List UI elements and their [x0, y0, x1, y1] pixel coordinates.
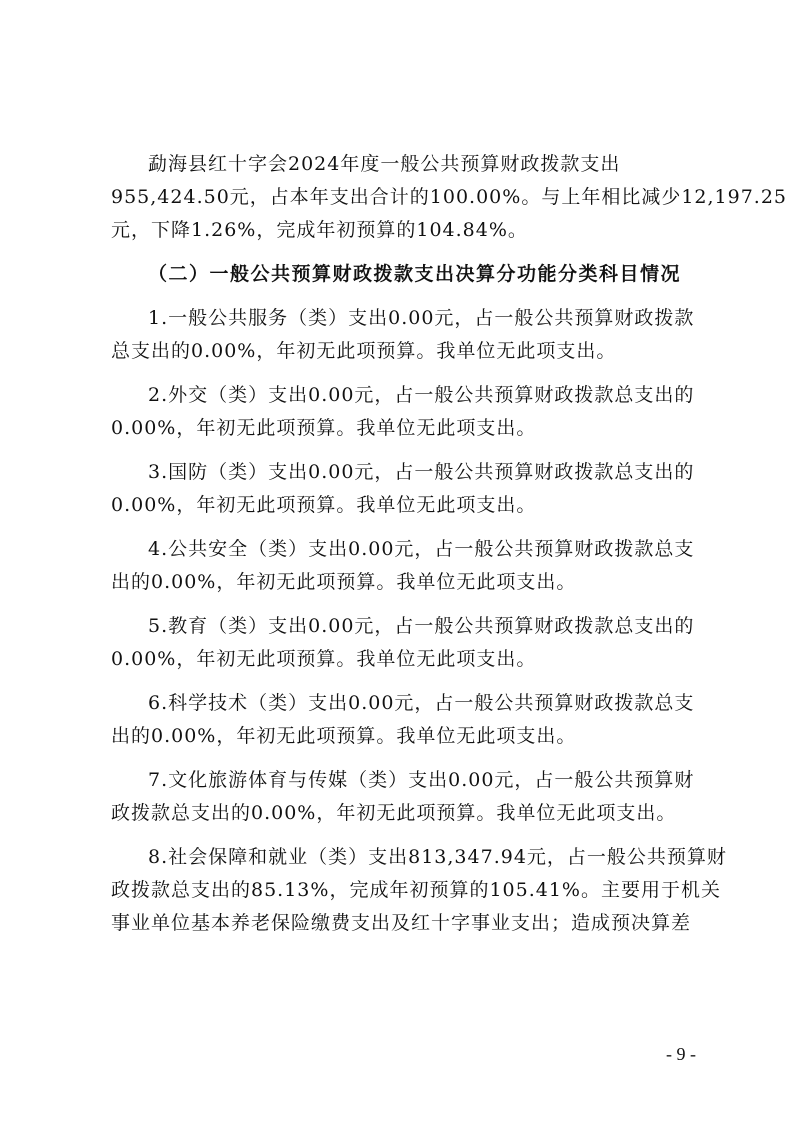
paragraph-line: 0.00%，年初无此项预算。我单位无此项支出。 [111, 647, 536, 671]
paragraph-line: 1.一般公共服务（类）支出0.00元，占一般公共预算财政拨款 [148, 306, 694, 330]
paragraph-line: 5.教育（类）支出0.00元，占一般公共预算财政拨款总支出的 [148, 614, 694, 638]
paragraph-line: 0.00%，年初无此项预算。我单位无此项支出。 [111, 493, 536, 517]
paragraph-line: 2.外交（类）支出0.00元，占一般公共预算财政拨款总支出的 [148, 383, 694, 407]
section-heading: （二）一般公共预算财政拨款支出决算分功能分类科目情况 [148, 262, 681, 286]
paragraph-line: 955,424.50元，占本年支出合计的100.00%。与上年相比减少12,19… [111, 185, 787, 209]
paragraph-line: 0.00%，年初无此项预算。我单位无此项支出。 [111, 416, 536, 440]
paragraph-line: 6.科学技术（类）支出0.00元，占一般公共预算财政拨款总支 [148, 691, 694, 715]
paragraph-line: 8.社会保障和就业（类）支出813,347.94元，占一般公共预算财 [148, 845, 727, 869]
paragraph-line: 出的0.00%，年初无此项预算。我单位无此项支出。 [111, 724, 576, 748]
paragraph-line: 元，下降1.26%，完成年初预算的104.84%。 [111, 218, 528, 242]
paragraph-line: 政拨款总支出的85.13%，完成年初预算的105.41%。主要用于机关 [111, 878, 721, 902]
paragraph-line: 政拨款总支出的0.00%，年初无此项预算。我单位无此项支出。 [111, 801, 676, 825]
paragraph-line: 3.国防（类）支出0.00元，占一般公共预算财政拨款总支出的 [148, 460, 694, 484]
paragraph-line: 勐海县红十字会2024年度一般公共预算财政拨款支出 [148, 152, 620, 176]
paragraph-line: 4.公共安全（类）支出0.00元，占一般公共预算财政拨款总支 [148, 537, 694, 561]
paragraph-line: 出的0.00%，年初无此项预算。我单位无此项支出。 [111, 570, 576, 594]
paragraph-line: 7.文化旅游体育与传媒（类）支出0.00元，占一般公共预算财 [148, 768, 694, 792]
page-number: - 9 - [666, 1044, 696, 1065]
paragraph-line: 事业单位基本养老保险缴费支出及红十字事业支出；造成预决算差 [111, 911, 691, 935]
paragraph-line: 总支出的0.00%，年初无此项预算。我单位无此项支出。 [111, 339, 616, 363]
